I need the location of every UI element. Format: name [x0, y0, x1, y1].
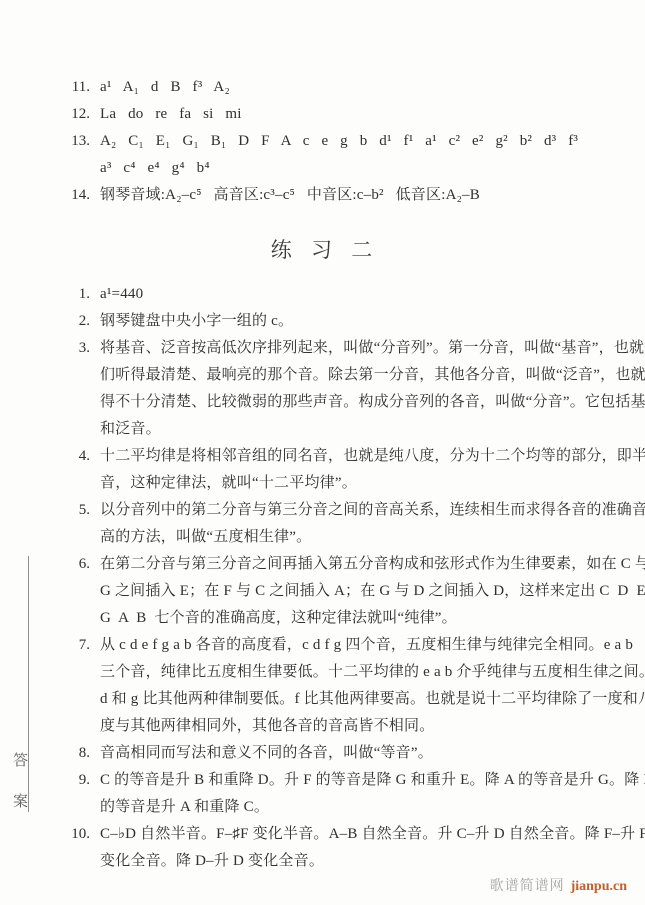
text-line: 的等音是升 A 和重降 C。: [100, 794, 645, 821]
item-number: 12.: [56, 101, 90, 128]
text-line: a³ c⁴ e⁴ g⁴ b⁴: [100, 155, 645, 182]
text-line: a¹=440: [100, 281, 645, 308]
list-item: 3.将基音、泛音按高低次序排列起来，叫做“分音列”。第一分音，叫做“基音”，也就…: [0, 335, 645, 443]
text-line: 以分音列中的第二分音与第三分音之间的音高关系，连续相生而求得各音的准确音: [100, 497, 645, 524]
list-item: 13.A₂ C₁ E₁ G₁ B₁ D F A c e g b d¹ f¹ a¹…: [0, 128, 645, 182]
text-line: 十二平均律是将相邻音组的同名音，也就是纯八度，分为十二个均等的部分，即半: [100, 443, 645, 470]
list-item: 4.十二平均律是将相邻音组的同名音，也就是纯八度，分为十二个均等的部分，即半音，…: [0, 443, 645, 497]
item-text: a¹ A₁ d B f³ A₂: [100, 74, 645, 101]
item-number: 4.: [56, 443, 90, 470]
item-number: 11.: [56, 74, 90, 101]
text-line: 和泛音。: [100, 416, 645, 443]
watermark-site-url: jianpu.cn: [571, 879, 627, 894]
text-line: 将基音、泛音按高低次序排列起来，叫做“分音列”。第一分音，叫做“基音”，也就是我: [100, 335, 645, 362]
text-line: G A B 七个音的准确高度，这种定律法就叫“纯律”。: [100, 605, 645, 632]
item-number: 13.: [56, 128, 90, 155]
item-text: A₂ C₁ E₁ G₁ B₁ D F A c e g b d¹ f¹ a¹ c²…: [100, 128, 645, 182]
item-text: 钢琴音域:A₂–c⁵ 高音区:c³–c⁵ 中音区:c–b² 低音区:A₂–B: [100, 182, 645, 209]
list-item: 6.在第二分音与第三分音之间再插入第五分音构成和弦形式作为生律要素，如在 C 与…: [0, 551, 645, 632]
list-item: 9.C 的等音是升 B 和重降 D。升 F 的等音是降 G 和重升 E。降 A …: [0, 767, 645, 821]
text-line: 从 c d e f g a b 各音的高度看，c d f g 四个音，五度相生律…: [100, 632, 645, 659]
text-line: 钢琴键盘中央小字一组的 c。: [100, 308, 645, 335]
item-number: 14.: [56, 182, 90, 209]
list-item: 2.钢琴键盘中央小字一组的 c。: [0, 308, 645, 335]
text-line: 度与其他两律相同外，其他各音的音高皆不相同。: [100, 713, 645, 740]
list-item: 11.a¹ A₁ d B f³ A₂: [0, 74, 645, 101]
margin-label-answers: 答案: [10, 752, 28, 834]
list-item: 7.从 c d e f g a b 各音的高度看，c d f g 四个音，五度相…: [0, 632, 645, 740]
text-line: 得不十分清楚、比较微弱的那些声音。构成分音列的各音，叫做“分音”。它包括基音: [100, 389, 645, 416]
text-line: 音，这种定律法，就叫“十二平均律”。: [100, 470, 645, 497]
list-item: 5.以分音列中的第二分音与第三分音之间的音高关系，连续相生而求得各音的准确音高的…: [0, 497, 645, 551]
item-number: 1.: [56, 281, 90, 308]
text-line: 高的方法，叫做“五度相生律”。: [100, 524, 645, 551]
item-text: 以分音列中的第二分音与第三分音之间的音高关系，连续相生而求得各音的准确音高的方法…: [100, 497, 645, 551]
item-text: La do re fa si mi: [100, 101, 645, 128]
item-number: 5.: [56, 497, 90, 524]
item-text: 在第二分音与第三分音之间再插入第五分音构成和弦形式作为生律要素，如在 C 与G …: [100, 551, 645, 632]
previous-exercise-answers: 11.a¹ A₁ d B f³ A₂12.La do re fa si mi13…: [0, 74, 645, 209]
item-text: a¹=440: [100, 281, 645, 308]
list-item: 8.音高相同而写法和意义不同的各音，叫做“等音”。: [0, 740, 645, 767]
page: 11.a¹ A₁ d B f³ A₂12.La do re fa si mi13…: [0, 0, 645, 905]
item-text: 音高相同而写法和意义不同的各音，叫做“等音”。: [100, 740, 645, 767]
list-item: 1.a¹=440: [0, 281, 645, 308]
margin-rule: [28, 556, 29, 812]
text-line: d 和 g 比其他两种律制要低。f 比其他两律要高。也就是说十二平均律除了一度和…: [100, 686, 645, 713]
item-number: 8.: [56, 740, 90, 767]
item-number: 7.: [56, 632, 90, 659]
item-number: 3.: [56, 335, 90, 362]
item-text: C 的等音是升 B 和重降 D。升 F 的等音是降 G 和重升 E。降 A 的等…: [100, 767, 645, 821]
text-line: G 之间插入 E；在 F 与 C 之间插入 A；在 G 与 D 之间插入 D，这…: [100, 578, 645, 605]
text-line: 在第二分音与第三分音之间再插入第五分音构成和弦形式作为生律要素，如在 C 与: [100, 551, 645, 578]
text-line: 们听得最清楚、最响亮的那个音。除去第一分音，其他各分音，叫做“泛音”，也就是听: [100, 362, 645, 389]
list-item: 12.La do re fa si mi: [0, 101, 645, 128]
text-line: La do re fa si mi: [100, 101, 645, 128]
text-line: C–♭D 自然半音。F–♯F 变化半音。A–B 自然全音。升 C–升 D 自然全…: [100, 821, 645, 848]
item-number: 6.: [56, 551, 90, 578]
text-line: a¹ A₁ d B f³ A₂: [100, 74, 645, 101]
text-line: 钢琴音域:A₂–c⁵ 高音区:c³–c⁵ 中音区:c–b² 低音区:A₂–B: [100, 182, 645, 209]
page-content: 11.a¹ A₁ d B f³ A₂12.La do re fa si mi13…: [0, 0, 645, 875]
item-text: 钢琴键盘中央小字一组的 c。: [100, 308, 645, 335]
watermark-site-name: 歌谱简谱网: [490, 879, 565, 894]
item-text: 将基音、泛音按高低次序排列起来，叫做“分音列”。第一分音，叫做“基音”，也就是我…: [100, 335, 645, 443]
item-number: 9.: [56, 767, 90, 794]
text-line: C 的等音是升 B 和重降 D。升 F 的等音是降 G 和重升 E。降 A 的等…: [100, 767, 645, 794]
item-number: 2.: [56, 308, 90, 335]
item-number: 10.: [56, 821, 90, 848]
text-line: 三个音，纯律比五度相生律要低。十二平均律的 e a b 介乎纯律与五度相生律之间…: [100, 659, 645, 686]
watermark: 歌谱简谱网jianpu.cn: [490, 875, 627, 895]
text-line: A₂ C₁ E₁ G₁ B₁ D F A c e g b d¹ f¹ a¹ c²…: [100, 128, 645, 155]
item-text: 从 c d e f g a b 各音的高度看，c d f g 四个音，五度相生律…: [100, 632, 645, 740]
text-line: 变化全音。降 D–升 D 变化全音。: [100, 848, 645, 875]
list-item: 10.C–♭D 自然半音。F–♯F 变化半音。A–B 自然全音。升 C–升 D …: [0, 821, 645, 875]
item-text: 十二平均律是将相邻音组的同名音，也就是纯八度，分为十二个均等的部分，即半音，这种…: [100, 443, 645, 497]
section-title: 练 习 二: [0, 235, 645, 265]
text-line: 音高相同而写法和意义不同的各音，叫做“等音”。: [100, 740, 645, 767]
list-item: 14.钢琴音域:A₂–c⁵ 高音区:c³–c⁵ 中音区:c–b² 低音区:A₂–…: [0, 182, 645, 209]
exercise-two-answers: 1.a¹=4402.钢琴键盘中央小字一组的 c。3.将基音、泛音按高低次序排列起…: [0, 281, 645, 875]
item-text: C–♭D 自然半音。F–♯F 变化半音。A–B 自然全音。升 C–升 D 自然全…: [100, 821, 645, 875]
